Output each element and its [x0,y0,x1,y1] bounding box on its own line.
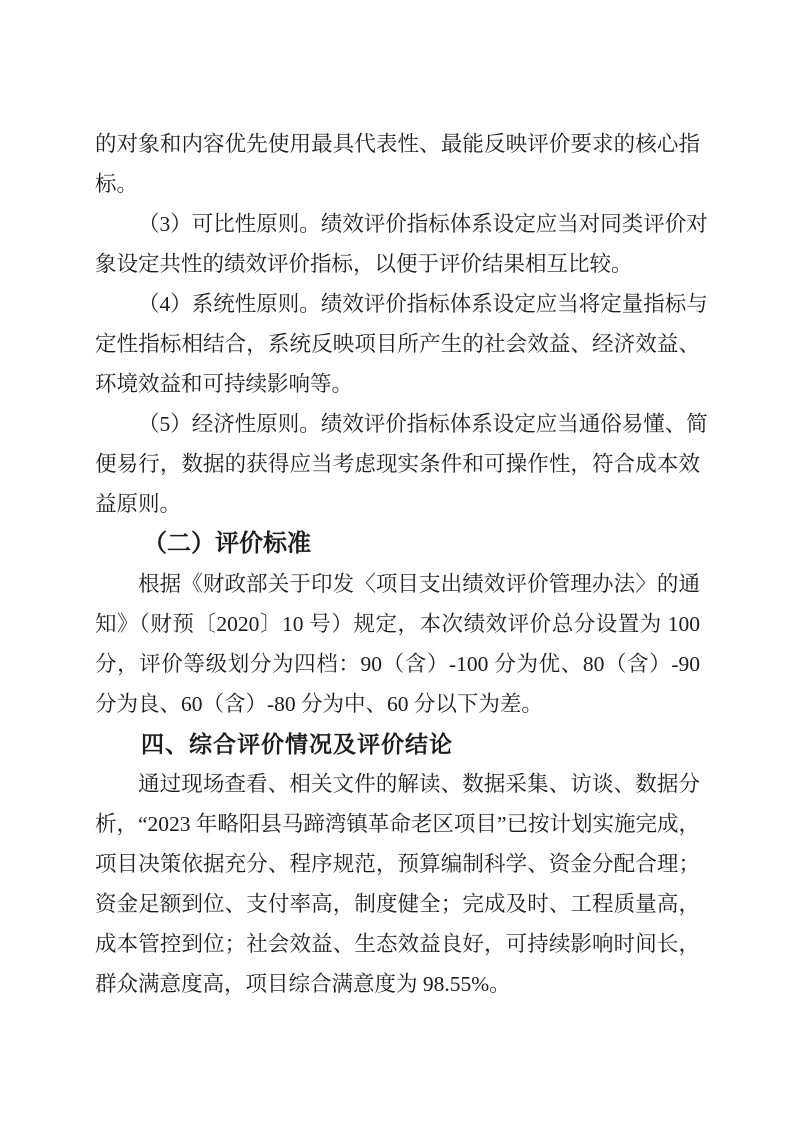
doc-line: 分，评价等级划分为四档：90（含）-100 分为优、80（含）-90 [95,644,700,684]
doc-line: 便易行，数据的获得应当考虑现实条件和可操作性，符合成本效 [95,444,700,484]
doc-line: 资金足额到位、支付率高，制度健全；完成及时、工程质量高， [95,884,700,924]
doc-line: 根据《财政部关于印发〈项目支出绩效评价管理办法〉的通 [95,564,700,604]
doc-line: 知》（财预〔2020〕10 号）规定，本次绩效评价总分设置为 100 [95,604,700,644]
doc-line: 标。 [95,164,700,204]
doc-line: 群众满意度高，项目综合满意度为 98.55%。 [95,964,700,1004]
doc-line: 象设定共性的绩效评价指标，以便于评价结果相互比较。 [95,244,700,284]
doc-line: （4）系统性原则。绩效评价指标体系设定应当将定量指标与 [95,284,700,324]
doc-line: 分为良、60（含）-80 分为中、60 分以下为差。 [95,684,700,724]
doc-line: 析，“2023 年略阳县马蹄湾镇革命老区项目”已按计划实施完成， [95,804,700,844]
document-text-block: 的对象和内容优先使用最具代表性、最能反映评价要求的核心指 标。 （3）可比性原则… [95,124,700,1004]
section-heading-comprehensive-evaluation-conclusion: 四、综合评价情况及评价结论 [95,724,700,764]
doc-line: 定性指标相结合，系统反映项目所产生的社会效益、经济效益、 [95,324,700,364]
doc-line: 的对象和内容优先使用最具代表性、最能反映评价要求的核心指 [95,124,700,164]
document-page: 的对象和内容优先使用最具代表性、最能反映评价要求的核心指 标。 （3）可比性原则… [0,0,793,1122]
doc-line: （5）经济性原则。绩效评价指标体系设定应当通俗易懂、简 [95,404,700,444]
doc-line: 环境效益和可持续影响等。 [95,364,700,404]
doc-line: （3）可比性原则。绩效评价指标体系设定应当对同类评价对 [95,204,700,244]
doc-line: 益原则。 [95,484,700,524]
doc-line: 成本管控到位；社会效益、生态效益良好，可持续影响时间长， [95,924,700,964]
section-heading-evaluation-criteria: （二）评价标准 [95,524,700,564]
doc-line: 项目决策依据充分、程序规范，预算编制科学、资金分配合理； [95,844,700,884]
doc-line: 通过现场查看、相关文件的解读、数据采集、访谈、数据分 [95,764,700,804]
